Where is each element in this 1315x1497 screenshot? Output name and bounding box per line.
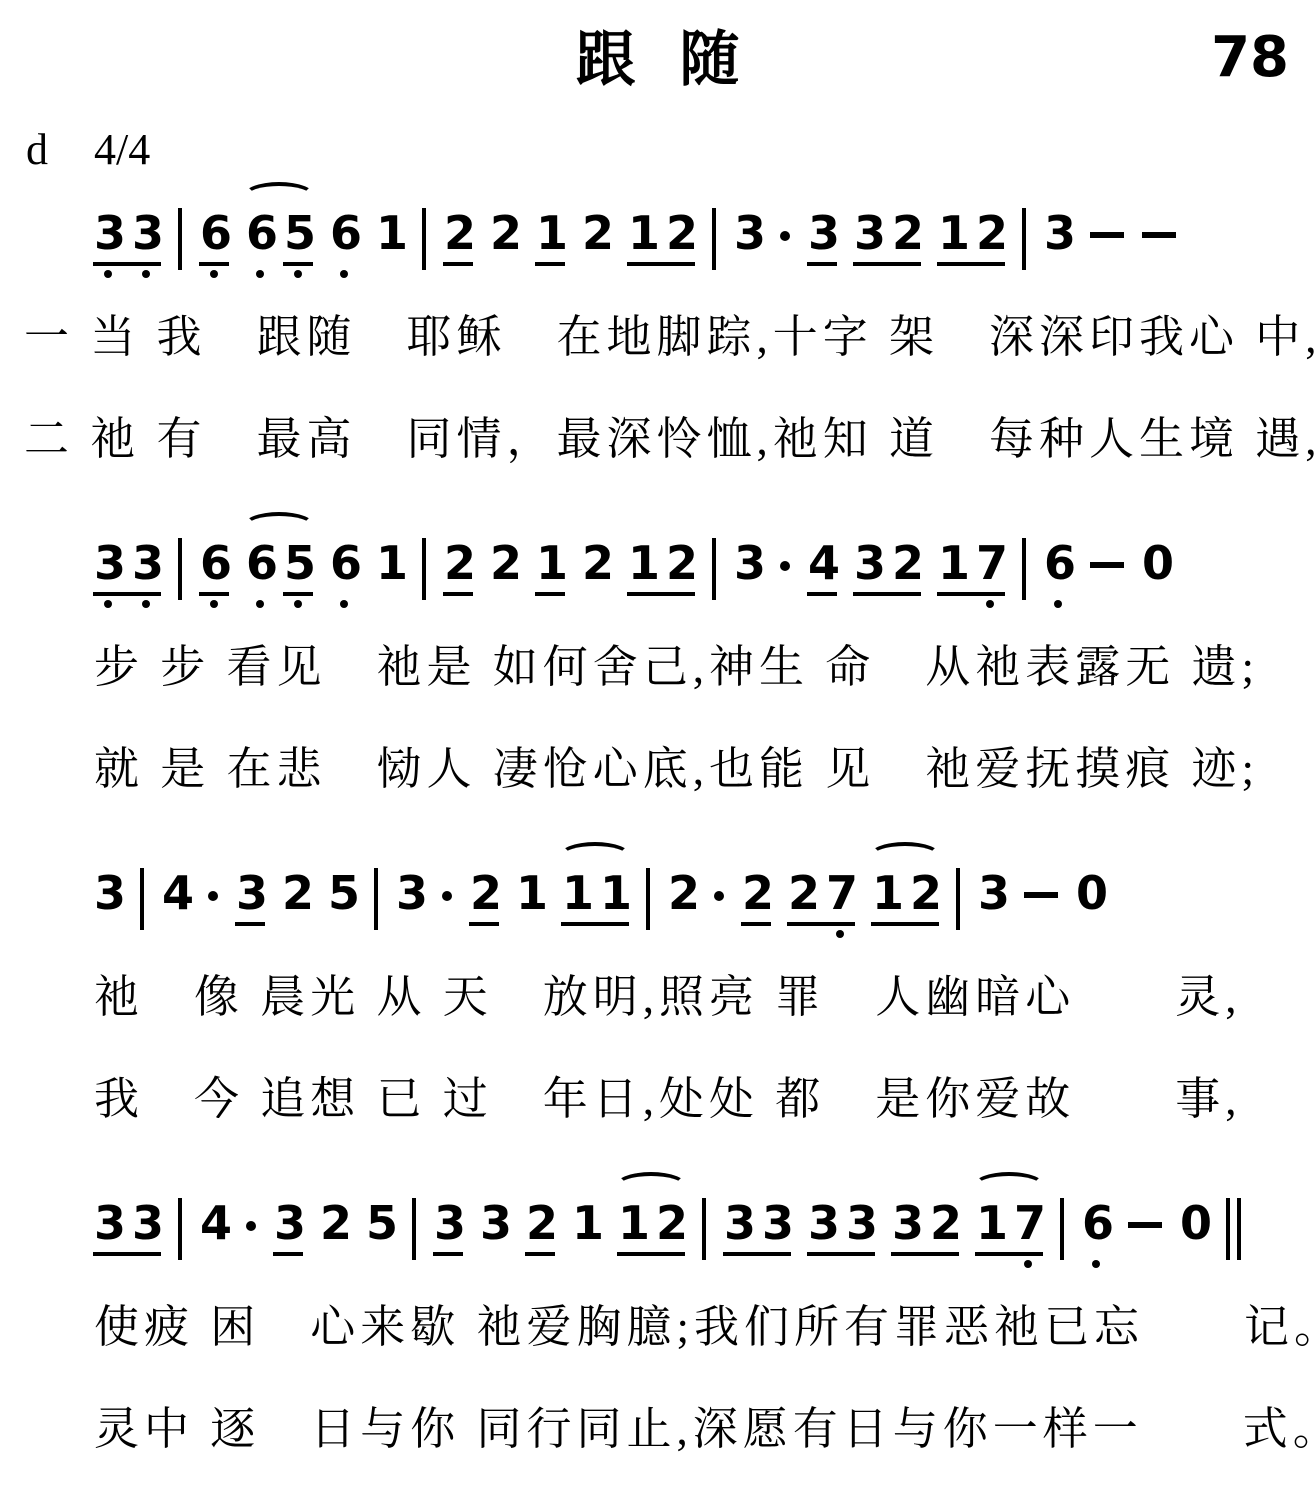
music-note: 2	[666, 538, 694, 610]
music-note: 3	[236, 868, 264, 940]
music-line-2: 336656122121234321760	[94, 512, 1291, 610]
note-digit: 2	[892, 208, 920, 258]
music-note: 3	[734, 538, 762, 610]
note-digit: 1	[618, 1198, 646, 1248]
music-note: 3	[434, 1198, 462, 1270]
music-note: 1	[536, 208, 564, 280]
note-digit: 4	[808, 538, 836, 588]
note-digit: 3	[274, 1198, 302, 1248]
beam-underline	[617, 1252, 685, 1256]
barline	[1060, 1198, 1064, 1260]
music-note: 3	[854, 538, 882, 610]
music-note: 2	[892, 208, 920, 280]
music-note: 6	[200, 538, 228, 610]
note-group: 4	[200, 1198, 228, 1270]
music-note: 7	[1014, 1198, 1042, 1270]
note-digit: 2	[910, 868, 938, 918]
eighth-underline	[807, 592, 837, 596]
music-note: 6	[1044, 538, 1072, 610]
note-digit: 0	[1180, 1198, 1208, 1248]
music-note: 1	[628, 538, 656, 610]
lyric-line-1: 一 当 我 跟随 耶稣 在地脚踪,十字 架 深深印我心 中,	[24, 308, 1291, 366]
low-octave-dot	[104, 600, 112, 608]
music-note: 3	[274, 1198, 302, 1270]
note-group: 2	[526, 1198, 554, 1270]
music-note: 1	[376, 538, 404, 610]
note-digit: 1	[376, 208, 404, 258]
low-octave-dot	[340, 600, 348, 608]
music-note: 0	[1180, 1198, 1208, 1270]
note-digit: 1	[572, 1198, 600, 1248]
music-note: 3	[94, 868, 122, 940]
eighth-underline	[433, 1252, 463, 1256]
music-note: 1	[938, 538, 966, 610]
music-note: 1	[572, 1198, 600, 1270]
note-digit: 3	[1044, 208, 1072, 258]
note-group: 2	[444, 538, 472, 610]
low-octave-dot	[210, 270, 218, 278]
music-note: 1	[536, 538, 564, 610]
note-digit: 2	[282, 868, 310, 918]
low-octave-dot	[104, 270, 112, 278]
music-note: 2	[582, 538, 610, 610]
low-octave-dot	[294, 270, 302, 278]
low-octave-dot	[142, 270, 150, 278]
note-group: 2	[490, 208, 518, 280]
music-note: 1	[562, 868, 590, 940]
note-digit: 1	[628, 538, 656, 588]
music-note: 3	[808, 1198, 836, 1270]
note-digit: 2	[320, 1198, 348, 1248]
barline	[956, 868, 960, 930]
note-group: 3	[94, 868, 122, 940]
music-note: 3	[978, 868, 1006, 940]
music-note: 2	[490, 538, 518, 610]
note-digit: 3	[978, 868, 1006, 918]
music-note: 3	[734, 208, 762, 280]
duration-dash	[1090, 232, 1124, 238]
barline	[646, 868, 650, 930]
duration-dash	[1128, 1222, 1162, 1228]
barline	[140, 868, 144, 930]
music-note: 2	[526, 1198, 554, 1270]
note-group: 6	[330, 208, 358, 280]
note-group: 5	[366, 1198, 394, 1270]
music-note: 4	[808, 538, 836, 610]
low-octave-dot	[1092, 1260, 1100, 1268]
music-note: 1	[938, 208, 966, 280]
note-group: 65	[246, 208, 312, 280]
note-group: 2	[490, 538, 518, 610]
music-note: 2	[976, 208, 1004, 280]
music-note: 1	[376, 208, 404, 280]
music-note: 2	[788, 868, 816, 940]
note-digit: 3	[734, 208, 762, 258]
note-digit: 3	[236, 868, 264, 918]
note-group: 2	[668, 868, 696, 940]
music-note: 2	[910, 868, 938, 940]
music-note: 2	[666, 208, 694, 280]
beam-underline	[853, 262, 921, 266]
augmentation-dot	[442, 891, 452, 901]
eighth-underline	[283, 592, 313, 596]
low-octave-dot	[256, 600, 264, 608]
slur-arc	[615, 1172, 687, 1200]
note-digit: 3	[434, 1198, 462, 1248]
note-group: 3	[396, 868, 424, 940]
note-group: 1	[536, 538, 564, 610]
barline	[422, 538, 426, 600]
note-digit: 2	[930, 1198, 958, 1248]
note-digit: 3	[132, 1198, 160, 1248]
note-digit: 5	[366, 1198, 394, 1248]
music-note: 7	[976, 538, 1004, 610]
duration-dash	[1142, 232, 1176, 238]
lyric-line-3: 步 步 看见 祂是 如何舍己,神生 命 从祂表露无 遗;	[94, 638, 1291, 696]
music-note: 6	[246, 538, 274, 610]
music-note: 4	[162, 868, 190, 940]
note-digit: 5	[284, 538, 312, 588]
note-digit: 1	[628, 208, 656, 258]
hymn-title: 跟随	[24, 14, 1291, 106]
note-group: 2	[444, 208, 472, 280]
note-digit: 1	[938, 208, 966, 258]
note-group: 27	[788, 868, 854, 940]
lyric-line-8: 灵中 逐 日与你 同行同止,深愿有日与你一样一 式。	[94, 1400, 1291, 1458]
note-group: 1	[536, 208, 564, 280]
note-digit: 3	[892, 1198, 920, 1248]
eighth-underline	[273, 1252, 303, 1256]
low-octave-dot	[1024, 1260, 1032, 1268]
music-note: 5	[366, 1198, 394, 1270]
note-group: 33	[94, 1198, 160, 1270]
music-note: 3	[132, 538, 160, 610]
note-digit: 1	[376, 538, 404, 588]
barline	[374, 868, 378, 930]
music-note: 5	[328, 868, 356, 940]
note-digit: 3	[94, 1198, 122, 1248]
note-digit: 5	[328, 868, 356, 918]
note-group: 33	[94, 538, 160, 610]
note-group: 17	[976, 1198, 1042, 1270]
note-group: 1	[572, 1198, 600, 1270]
note-digit: 2	[470, 868, 498, 918]
note-group: 6	[200, 538, 228, 610]
note-digit: 3	[94, 208, 122, 258]
note-group: 1	[516, 868, 544, 940]
augmentation-dot	[714, 891, 724, 901]
note-group: 12	[628, 538, 694, 610]
header: 跟随 78	[24, 14, 1291, 110]
note-digit: 3	[854, 538, 882, 588]
note-digit: 2	[490, 208, 518, 258]
note-group: 1	[376, 538, 404, 610]
note-group: 4	[808, 538, 836, 610]
music-note: 2	[470, 868, 498, 940]
music-note: 3	[480, 1198, 508, 1270]
note-digit: 1	[516, 868, 544, 918]
music-note: 6	[200, 208, 228, 280]
augmentation-dot	[780, 231, 790, 241]
slur-arc	[243, 512, 315, 540]
note-group: 3	[434, 1198, 462, 1270]
note-group: 2	[582, 538, 610, 610]
note-digit: 2	[666, 538, 694, 588]
note-digit: 2	[668, 868, 696, 918]
music-note: 2	[582, 208, 610, 280]
beam-underline	[93, 592, 161, 596]
music-note: 2	[320, 1198, 348, 1270]
note-digit: 3	[132, 208, 160, 258]
note-digit: 2	[490, 538, 518, 588]
beam-underline	[787, 922, 855, 926]
key-time-row: d 4/4	[26, 124, 1291, 176]
music-note: 2	[892, 538, 920, 610]
beam-underline	[937, 592, 1005, 596]
note-digit: 2	[444, 538, 472, 588]
music-note: 1	[618, 1198, 646, 1270]
eighth-underline	[199, 262, 229, 266]
music-note: 3	[762, 1198, 790, 1270]
slur-arc	[559, 842, 631, 870]
music-note: 5	[284, 538, 312, 610]
eighth-underline	[443, 592, 473, 596]
barline	[1022, 538, 1026, 600]
note-digit: 6	[246, 208, 274, 258]
note-digit: 3	[94, 538, 122, 588]
note-group: 3	[236, 868, 264, 940]
note-group: 65	[246, 538, 312, 610]
beam-underline	[975, 1252, 1043, 1256]
final-barline	[1226, 1198, 1241, 1260]
music-note: 1	[976, 1198, 1004, 1270]
barline	[412, 1198, 416, 1260]
low-octave-dot	[294, 600, 302, 608]
note-digit: 6	[330, 208, 358, 258]
note-group: 17	[938, 538, 1004, 610]
low-octave-dot	[836, 930, 844, 938]
note-digit: 2	[788, 868, 816, 918]
note-digit: 3	[734, 538, 762, 588]
lyric-line-7: 使疲 困 心来歇 祂爱胸臆;我们所有罪恶祂已忘 记。	[94, 1298, 1291, 1356]
low-octave-dot	[1054, 600, 1062, 608]
music-note: 2	[668, 868, 696, 940]
note-digit: 4	[200, 1198, 228, 1248]
eighth-underline	[807, 262, 837, 266]
note-digit: 2	[526, 1198, 554, 1248]
lyric-line-5: 祂 像 晨光 从 天 放明,照亮 罪 人幽暗心 灵,	[94, 968, 1291, 1026]
note-group: 2	[742, 868, 770, 940]
note-digit: 1	[536, 538, 564, 588]
note-digit: 6	[200, 208, 228, 258]
beam-underline	[937, 262, 1005, 266]
music-note: 2	[930, 1198, 958, 1270]
note-digit: 1	[872, 868, 900, 918]
eighth-underline	[199, 592, 229, 596]
low-octave-dot	[986, 600, 994, 608]
hymn-number: 78	[1211, 14, 1289, 102]
note-group: 3	[734, 538, 762, 610]
note-digit: 3	[846, 1198, 874, 1248]
beam-underline	[871, 922, 939, 926]
beam-underline	[93, 262, 161, 266]
note-digit: 3	[94, 868, 122, 918]
beam-underline	[723, 1252, 791, 1256]
lyric-line-2: 二 祂 有 最高 同情，最深怜恤,祂知 道 每种人生境 遇,	[24, 410, 1291, 468]
beam-underline	[93, 1252, 161, 1256]
note-group: 0	[1180, 1198, 1208, 1270]
beam-underline	[891, 1252, 959, 1256]
barline	[1022, 208, 1026, 270]
note-group: 6	[1082, 1198, 1110, 1270]
note-digit: 3	[808, 1198, 836, 1248]
beam-underline	[561, 922, 629, 926]
augmentation-dot	[208, 891, 218, 901]
music-note: 1	[516, 868, 544, 940]
note-group: 12	[618, 1198, 684, 1270]
note-digit: 3	[480, 1198, 508, 1248]
augmentation-dot	[246, 1221, 256, 1231]
music-note: 3	[1044, 208, 1072, 280]
slur-arc	[973, 1172, 1045, 1200]
eighth-underline	[283, 262, 313, 266]
note-digit: 2	[582, 208, 610, 258]
note-group: 4	[162, 868, 190, 940]
note-digit: 7	[976, 538, 1004, 588]
note-digit: 1	[562, 868, 590, 918]
note-group: 3	[274, 1198, 302, 1270]
eighth-underline	[469, 922, 499, 926]
note-digit: 6	[246, 538, 274, 588]
music-note: 0	[1076, 868, 1104, 940]
note-digit: 5	[284, 208, 312, 258]
note-group: 12	[872, 868, 938, 940]
key-signature: d	[26, 124, 48, 176]
note-group: 3	[734, 208, 762, 280]
barline	[178, 538, 182, 600]
low-octave-dot	[142, 600, 150, 608]
eighth-underline	[443, 262, 473, 266]
note-group: 2	[282, 868, 310, 940]
music-note: 2	[742, 868, 770, 940]
eighth-underline	[525, 1252, 555, 1256]
music-note: 4	[200, 1198, 228, 1270]
note-group: 6	[1044, 538, 1072, 610]
note-group: 32	[854, 208, 920, 280]
music-line-1: 33665612212123332123	[94, 182, 1291, 280]
barline	[1237, 1198, 1241, 1260]
music-note: 3	[808, 208, 836, 280]
note-group: 11	[562, 868, 628, 940]
note-digit: 0	[1142, 538, 1170, 588]
note-group: 32	[854, 538, 920, 610]
note-digit: 2	[582, 538, 610, 588]
barline	[178, 208, 182, 270]
music-note: 3	[846, 1198, 874, 1270]
eighth-underline	[535, 592, 565, 596]
note-digit: 2	[892, 538, 920, 588]
eighth-underline	[741, 922, 771, 926]
barline	[422, 208, 426, 270]
music-line-3: 343253211122271230	[94, 842, 1291, 940]
music-note: 3	[94, 538, 122, 610]
slur-arc	[243, 182, 315, 210]
note-digit: 3	[132, 538, 160, 588]
beam-underline	[853, 592, 921, 596]
augmentation-dot	[780, 561, 790, 571]
barline	[712, 208, 716, 270]
music-note: 3	[854, 208, 882, 280]
music-note: 3	[892, 1198, 920, 1270]
beam-underline	[627, 592, 695, 596]
note-digit: 2	[976, 208, 1004, 258]
music-note: 6	[1082, 1198, 1110, 1270]
music-note: 3	[94, 208, 122, 280]
music-note: 1	[628, 208, 656, 280]
music-line-4: 3343253321123333321760	[94, 1172, 1291, 1270]
low-octave-dot	[256, 270, 264, 278]
note-digit: 3	[724, 1198, 752, 1248]
music-note: 5	[284, 208, 312, 280]
hymn-sheet-page: 跟随 78 d 4/4 33665612212123332123一 当 我 跟随…	[0, 0, 1315, 1497]
duration-dash	[1024, 892, 1058, 898]
music-note: 2	[490, 208, 518, 280]
note-digit: 2	[742, 868, 770, 918]
music-note: 3	[94, 1198, 122, 1270]
note-digit: 6	[1082, 1198, 1110, 1248]
note-digit: 4	[162, 868, 190, 918]
lyric-line-4: 就 是 在悲 恸人 凄怆心底,也能 见 祂爱抚摸痕 迹;	[94, 740, 1291, 798]
note-digit: 6	[330, 538, 358, 588]
duration-dash	[1090, 562, 1124, 568]
low-octave-dot	[340, 270, 348, 278]
note-digit: 7	[826, 868, 854, 918]
note-group: 2	[582, 208, 610, 280]
note-digit: 2	[444, 208, 472, 258]
note-digit: 1	[938, 538, 966, 588]
music-note: 3	[396, 868, 424, 940]
music-note: 6	[330, 208, 358, 280]
slur-arc	[869, 842, 941, 870]
note-digit: 3	[854, 208, 882, 258]
note-digit: 3	[762, 1198, 790, 1248]
note-digit: 2	[656, 1198, 684, 1248]
music-note: 0	[1142, 538, 1170, 610]
music-note: 2	[444, 208, 472, 280]
note-group: 3	[1044, 208, 1072, 280]
music-note: 2	[656, 1198, 684, 1270]
beam-underline	[807, 1252, 875, 1256]
note-group: 3	[808, 208, 836, 280]
note-group: 2	[470, 868, 498, 940]
barline	[178, 1198, 182, 1260]
music-note: 6	[246, 208, 274, 280]
note-group: 6	[200, 208, 228, 280]
music-note: 3	[724, 1198, 752, 1270]
eighth-underline	[535, 262, 565, 266]
note-group: 0	[1076, 868, 1104, 940]
beam-underline	[627, 262, 695, 266]
music-note: 1	[872, 868, 900, 940]
note-group: 33	[808, 1198, 874, 1270]
note-group: 2	[320, 1198, 348, 1270]
note-digit: 0	[1076, 868, 1104, 918]
time-signature: 4/4	[94, 124, 150, 176]
note-group: 33	[724, 1198, 790, 1270]
note-group: 6	[330, 538, 358, 610]
music-note: 6	[330, 538, 358, 610]
note-digit: 1	[600, 868, 628, 918]
